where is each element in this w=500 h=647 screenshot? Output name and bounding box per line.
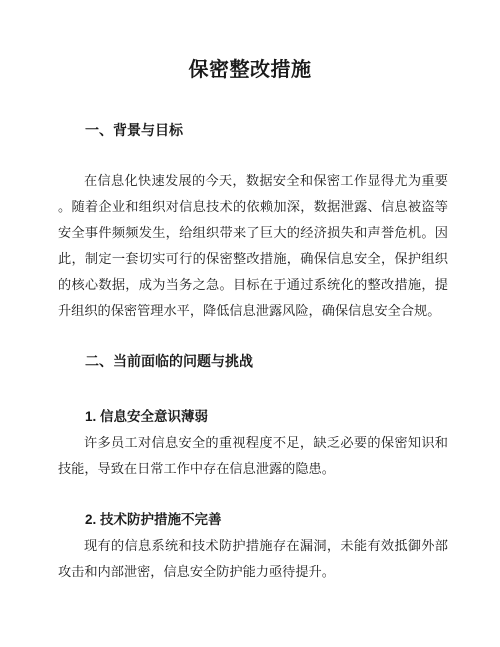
text-line: 升组织的保密管理水平，降低信息泄露风险，确保信息安全合规。: [58, 298, 448, 324]
paragraph-background-goals: 在信息化快速发展的今天，数据安全和保密工作显得尤为重要 。随着企业和组织对信息技…: [58, 168, 448, 324]
document-page: 保密整改措施 一、背景与目标 在信息化快速发展的今天，数据安全和保密工作显得尤为…: [0, 0, 500, 647]
section-heading-background-goals: 一、背景与目标: [58, 117, 448, 143]
document-title: 保密整改措施: [0, 57, 500, 83]
section-heading-problems-challenges: 二、当前面临的问题与挑战: [58, 348, 448, 374]
subsection-heading-security-awareness: 1. 信息安全意识薄弱: [58, 404, 448, 430]
paragraph-security-awareness: 许多员工对信息安全的重视程度不足，缺乏必要的保密知识和 技能，导致在日常工作中存…: [58, 430, 448, 482]
paragraph-technical-protection: 现有的信息系统和技术防护措施存在漏洞，未能有效抵御外部 攻击和内部泄密，信息安全…: [58, 533, 448, 585]
text-line: 技能，导致在日常工作中存在信息泄露的隐患。: [58, 456, 448, 482]
text-line: 在信息化快速发展的今天，数据安全和保密工作显得尤为重要: [58, 168, 448, 194]
subsection-heading-technical-protection: 2. 技术防护措施不完善: [58, 507, 448, 533]
text-line: 的核心数据，成为当务之急。目标在于通过系统化的整改措施，提: [58, 272, 448, 298]
text-line: 。随着企业和组织对信息技术的依赖加深，数据泄露、信息被盗等: [58, 194, 448, 220]
text-line: 此，制定一套切实可行的保密整改措施，确保信息安全，保护组织: [58, 246, 448, 272]
text-line: 现有的信息系统和技术防护措施存在漏洞，未能有效抵御外部: [58, 533, 448, 559]
text-line: 许多员工对信息安全的重视程度不足，缺乏必要的保密知识和: [58, 430, 448, 456]
text-line: 安全事件频频发生，给组织带来了巨大的经济损失和声誉危机。因: [58, 220, 448, 246]
text-line: 攻击和内部泄密，信息安全防护能力亟待提升。: [58, 559, 448, 585]
